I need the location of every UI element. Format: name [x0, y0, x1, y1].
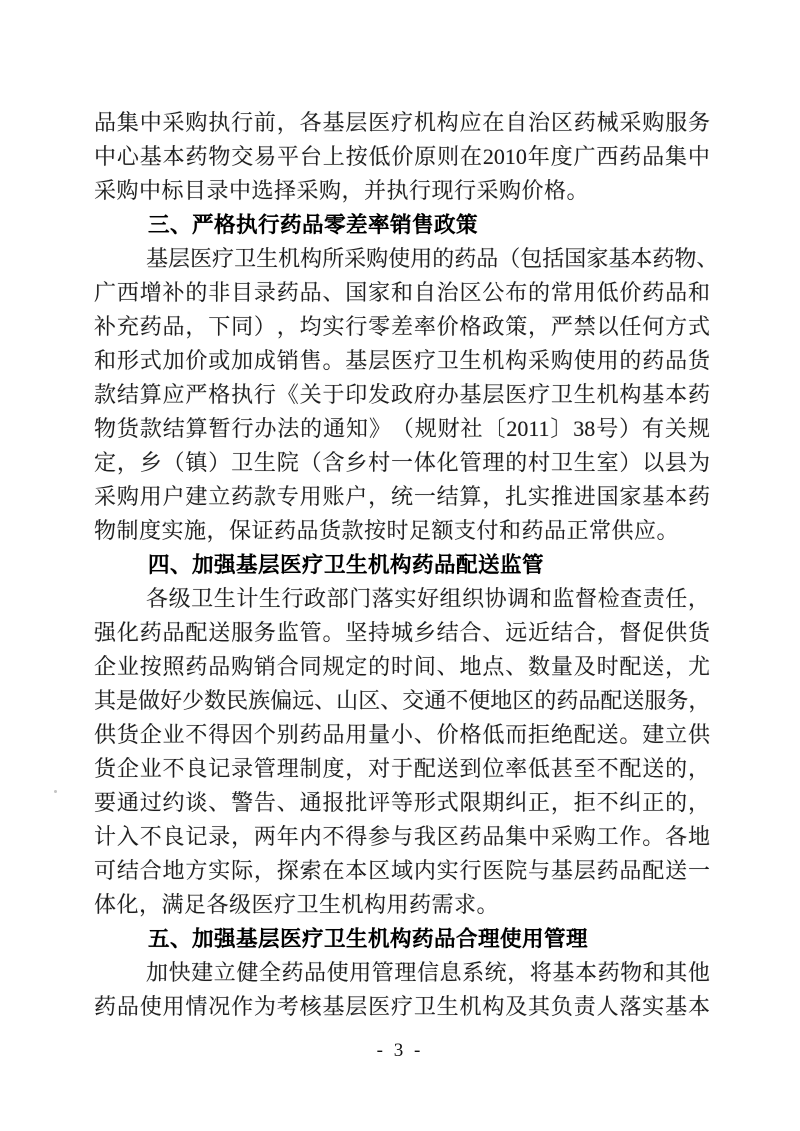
text-line: 物制度实施，保证药品货款按时足额支付和药品正常供应。: [94, 514, 710, 548]
text-line: 采购用户建立药款专用账户，统一结算，扎实推进国家基本药: [94, 480, 710, 514]
text-line: 基层医疗卫生机构所采购使用的药品（包括国家基本药物、: [94, 242, 710, 276]
scan-speckle: [54, 790, 57, 793]
text-line: 各级卫生计生行政部门落实好组织协调和监督检查责任，: [94, 582, 710, 616]
section-heading: 五、加强基层医疗卫生机构药品合理使用管理: [94, 922, 710, 956]
text-line: 中心基本药物交易平台上按低价原则在 2010 年度广西药品集中: [94, 140, 710, 174]
text-line: 要通过约谈、警告、通报批评等形式限期纠正，拒不纠正的，: [94, 786, 710, 820]
text-line: 供货企业不得因个别药品用量小、价格低而拒绝配送。建立供: [94, 718, 710, 752]
text-line: 和形式加价或加成销售。基层医疗卫生机构采购使用的药品货: [94, 344, 710, 378]
section-heading: 三、严格执行药品零差率销售政策: [94, 208, 710, 242]
text-line: 体化，满足各级医疗卫生机构用药需求。: [94, 888, 710, 922]
text-line: 采购中标目录中选择采购，并执行现行采购价格。: [94, 174, 710, 208]
text-line: 企业按照药品购销合同规定的时间、地点、数量及时配送，尤: [94, 650, 710, 684]
text-line: 货企业不良记录管理制度，对于配送到位率低甚至不配送的，: [94, 752, 710, 786]
document-page: 品集中采购执行前，各基层医疗机构应在自治区药械采购服务中心基本药物交易平台上按低…: [0, 0, 800, 1131]
text-line: 定，乡（镇）卫生院（含乡村一体化管理的村卫生室）以县为: [94, 446, 710, 480]
text-line: 加快建立健全药品使用管理信息系统，将基本药物和其他: [94, 956, 710, 990]
text-line: 物货款结算暂行办法的通知》（规财社〔2011〕38 号）有关规: [94, 412, 710, 446]
section-heading: 四、加强基层医疗卫生机构药品配送监管: [94, 548, 710, 582]
text-line: 款结算应严格执行《关于印发政府办基层医疗卫生机构基本药: [94, 378, 710, 412]
text-line: 计入不良记录，两年内不得参与我区药品集中采购工作。各地: [94, 820, 710, 854]
document-body: 品集中采购执行前，各基层医疗机构应在自治区药械采购服务中心基本药物交易平台上按低…: [94, 106, 710, 1024]
text-line: 其是做好少数民族偏远、山区、交通不便地区的药品配送服务，: [94, 684, 710, 718]
text-line: 强化药品配送服务监管。坚持城乡结合、远近结合，督促供货: [94, 616, 710, 650]
text-line: 药品使用情况作为考核基层医疗卫生机构及其负责人落实基本: [94, 990, 710, 1024]
text-line: 可结合地方实际，探索在本区域内实行医院与基层药品配送一: [94, 854, 710, 888]
text-line: 广西增补的非目录药品、国家和自治区公布的常用低价药品和: [94, 276, 710, 310]
scan-speckle: [605, 116, 607, 118]
text-line: 补充药品，下同），均实行零差率价格政策，严禁以任何方式: [94, 310, 710, 344]
scan-speckle: [621, 114, 623, 116]
page-number: - 3 -: [0, 1036, 800, 1066]
text-line: 品集中采购执行前，各基层医疗机构应在自治区药械采购服务: [94, 106, 710, 140]
